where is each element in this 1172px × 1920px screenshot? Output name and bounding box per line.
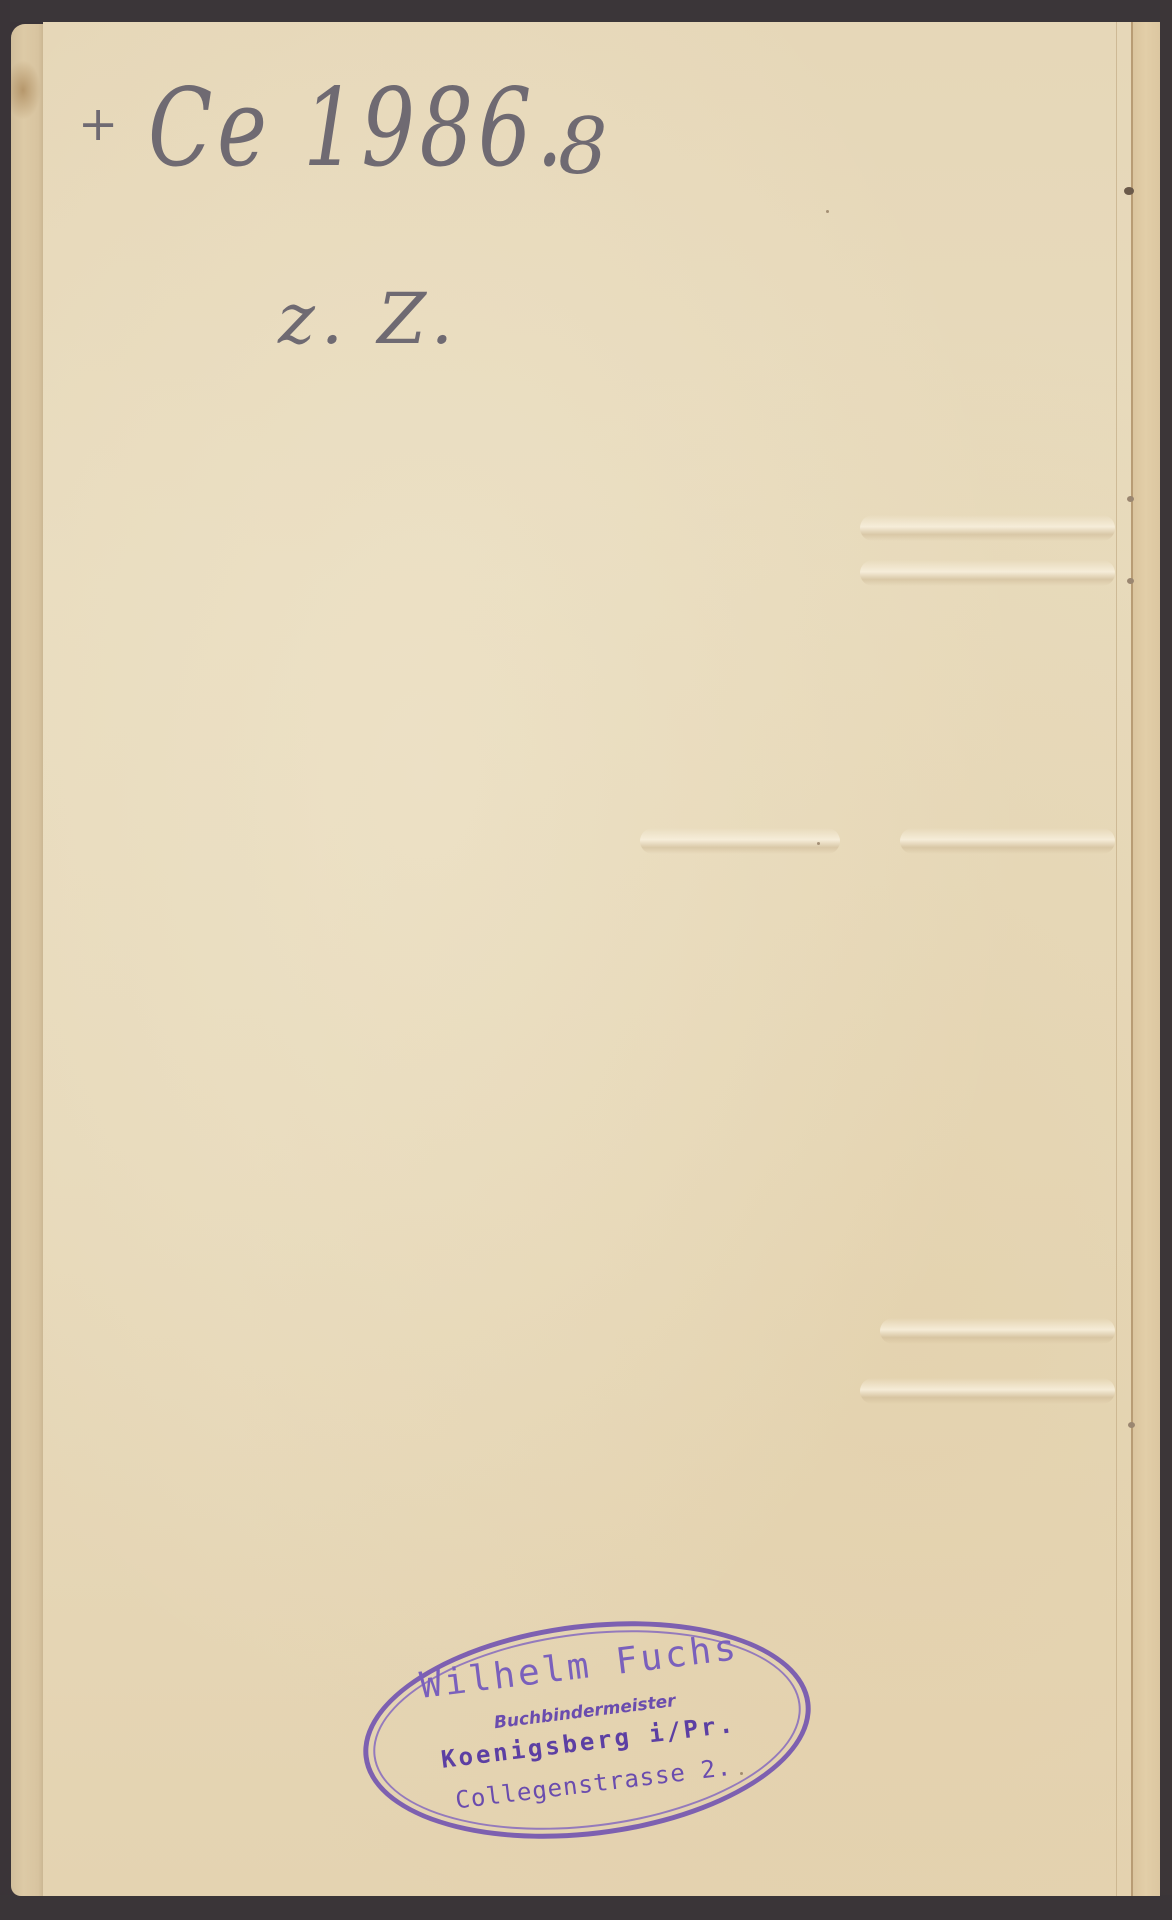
shelfmark-number: Ce 1986. xyxy=(148,66,568,191)
shelfmark-annotation: z. Z. xyxy=(278,278,459,360)
scan-background-top xyxy=(0,0,1172,22)
paper-crease xyxy=(640,828,840,854)
binding-stitch xyxy=(1128,1422,1135,1428)
spine-fold-line xyxy=(1131,22,1133,1896)
paper-speck xyxy=(826,210,829,213)
endpaper-sheet xyxy=(43,22,1131,1896)
scanned-page: + Ce 1986. 8 z. Z. Wilhelm Fuchs Buchbin… xyxy=(0,0,1172,1920)
shelfmark-prefix: + xyxy=(78,96,118,152)
paper-crease xyxy=(860,515,1115,541)
binding-stitch xyxy=(1127,496,1134,502)
paper-crease xyxy=(860,1378,1115,1404)
shelfmark-suffix: 8 xyxy=(558,102,608,192)
paper-crease xyxy=(860,560,1115,586)
spine-strip xyxy=(1131,22,1160,1896)
scan-background-left xyxy=(0,0,10,1920)
book-edge-left xyxy=(11,24,43,1896)
edge-stain xyxy=(11,60,41,120)
inner-fold-line xyxy=(1116,22,1117,1896)
paper-crease xyxy=(880,1318,1115,1344)
paper-speck xyxy=(817,842,820,845)
scan-background-right xyxy=(1160,0,1172,1920)
binding-stitch xyxy=(1124,187,1134,195)
binding-stitch xyxy=(1127,578,1134,584)
scan-background-bottom xyxy=(0,1895,1172,1920)
paper-crease xyxy=(900,828,1115,854)
